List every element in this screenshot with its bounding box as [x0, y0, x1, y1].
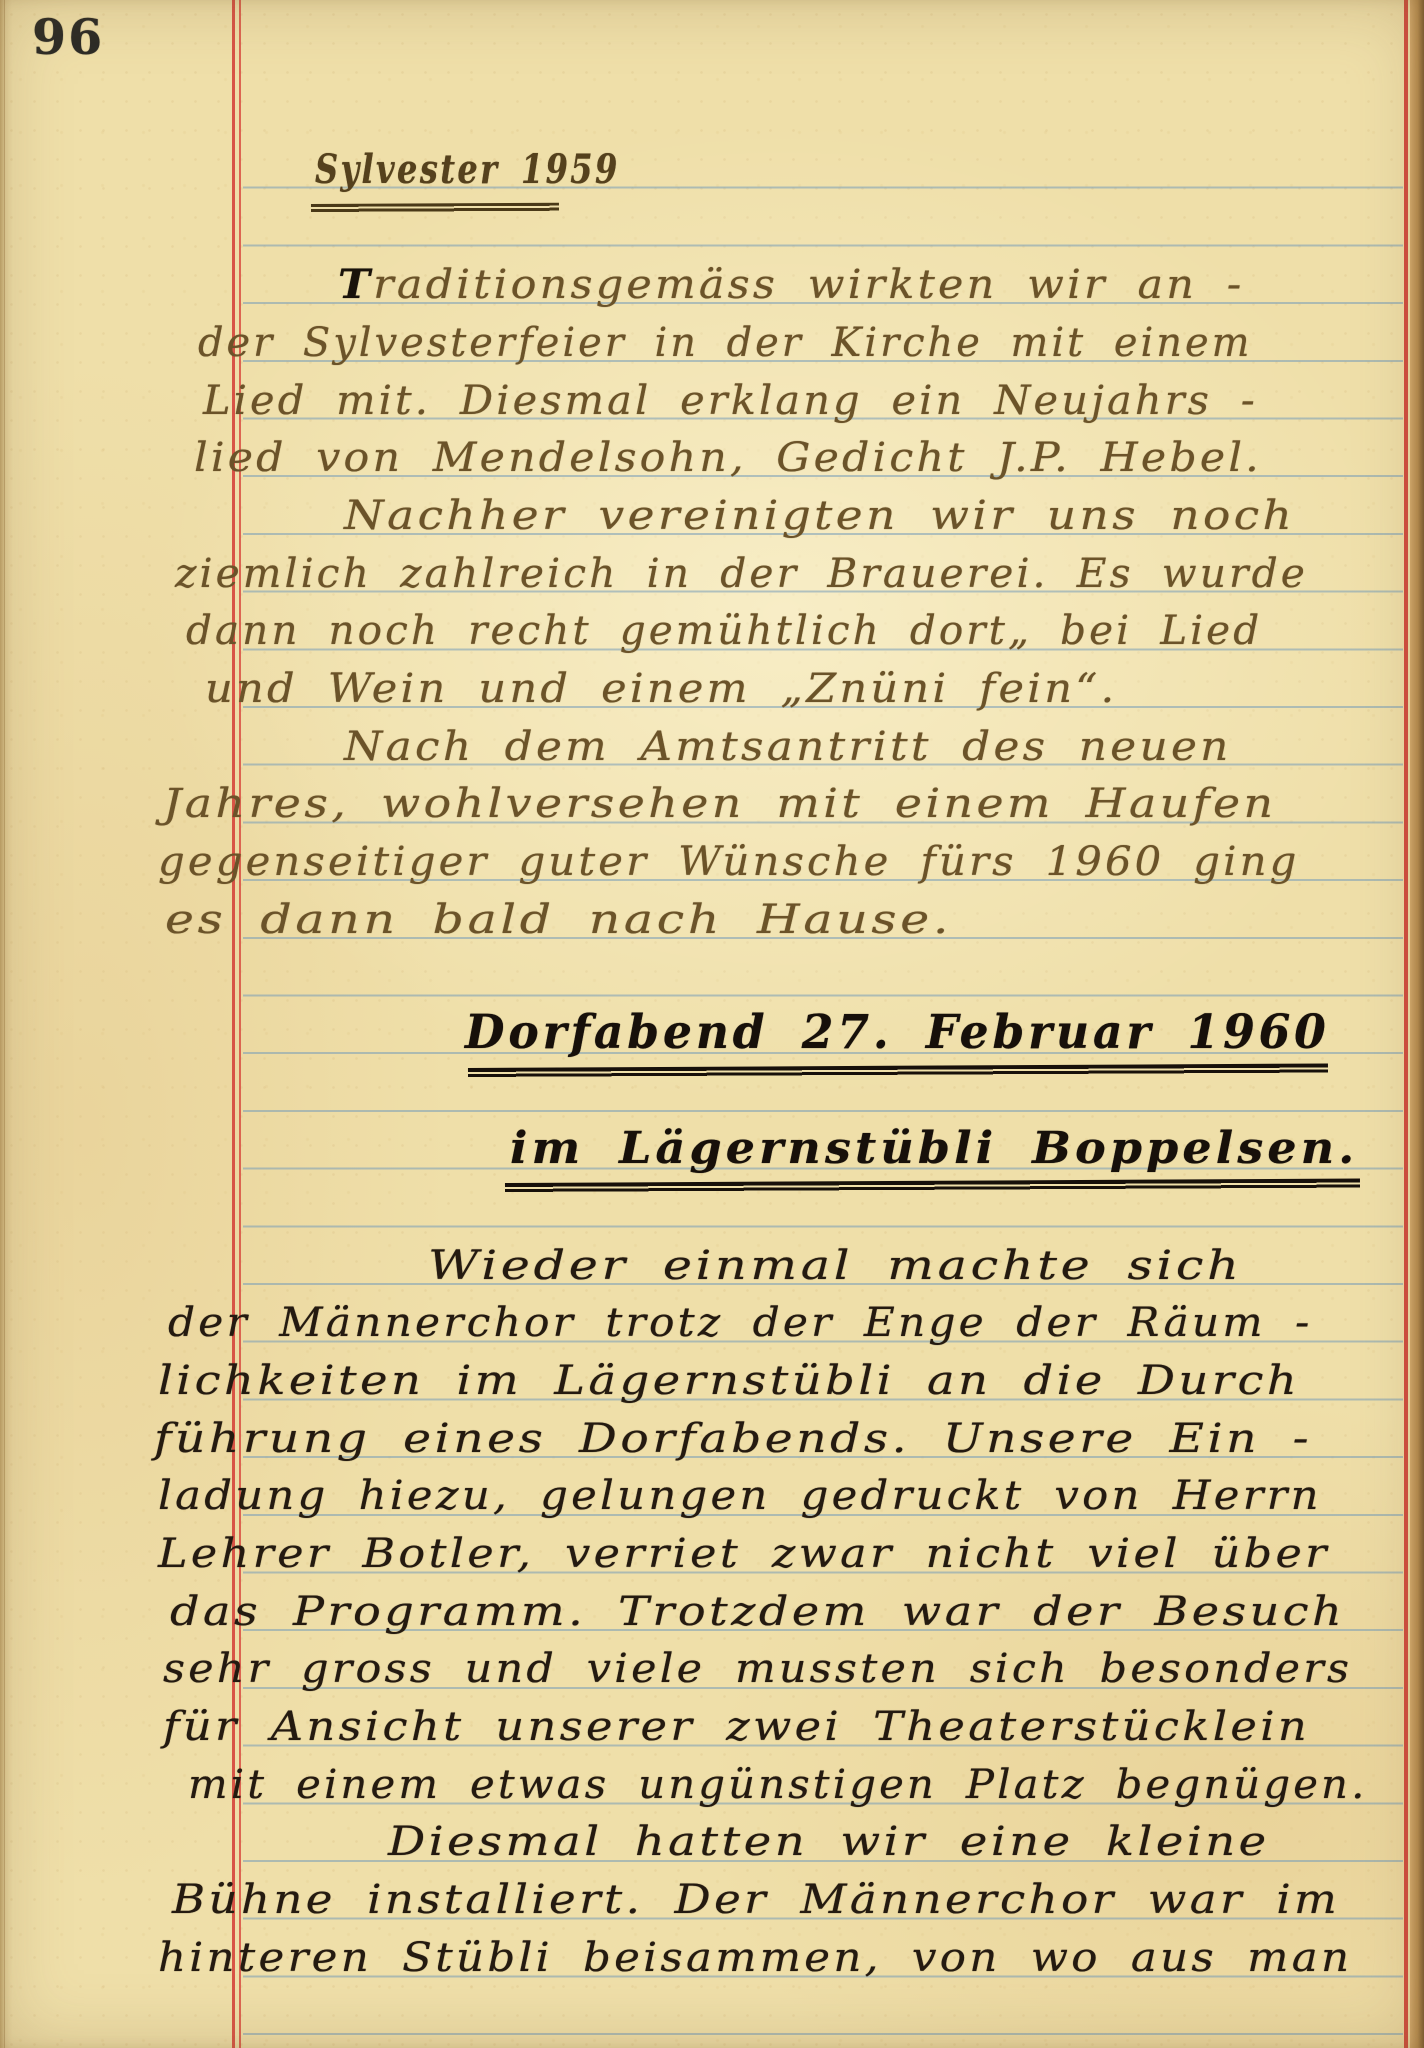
- heading-underline: [311, 203, 559, 214]
- handwritten-line: dann noch recht gemühtlich dort„ bei Lie…: [186, 611, 1262, 651]
- handwritten-line: mit einem etwas ungünstigen Platz begnüg…: [188, 1765, 1367, 1805]
- handwritten-line: Nach dem Amtsantritt des neuen: [344, 727, 1232, 767]
- handwritten-line: und Wein und einem „Znüni fein“.: [205, 669, 1117, 709]
- handwritten-line: Diesmal hatten wir eine kleine: [388, 1822, 1270, 1862]
- handwritten-line: das Programm. Trotzdem war der Besuch: [170, 1592, 1345, 1632]
- handwritten-line: Lied mit. Diesmal erklang ein Neujahrs -: [203, 381, 1258, 421]
- handwritten-line: für Ansicht unserer zwei Theaterstücklei…: [163, 1707, 1310, 1747]
- margin-rule-right: [1404, 0, 1408, 2048]
- handwritten-line: es dann bald nach Hause.: [165, 900, 952, 940]
- page-edge-right: [1410, 0, 1424, 2048]
- handwritten-line: Bühne installiert. Der Männerchor war im: [172, 1880, 1340, 1920]
- handwritten-line: Traditionsgemäss wirkten wir an -: [338, 265, 1244, 305]
- page-number: 96: [32, 8, 104, 66]
- entry-heading: Sylvester 1959: [315, 150, 620, 190]
- handwritten-line: der Männerchor trotz der Enge der Räum -: [168, 1303, 1312, 1343]
- handwritten-line: hinteren Stübli beisammen, von wo aus ma…: [158, 1938, 1352, 1978]
- handwritten-line: der Sylvesterfeier in der Kirche mit ein…: [198, 323, 1252, 363]
- handwritten-line: Wieder einmal machte sich: [428, 1246, 1242, 1286]
- journal-page: 96 Sylvester 1959Traditionsgemäss wirkte…: [0, 0, 1424, 2048]
- handwritten-line: lied von Mendelsohn, Gedicht J.P. Hebel.: [194, 438, 1262, 478]
- entry-heading: Dorfabend 27. Februar 1960: [465, 1009, 1330, 1056]
- handwritten-line: ziemlich zahlreich in der Brauerei. Es w…: [175, 554, 1308, 594]
- handwritten-line: Jahres, wohlversehen mit einem Haufen: [163, 784, 1276, 824]
- page-edge-left: [0, 0, 12, 2048]
- handwritten-line: sehr gross und viele mussten sich besond…: [163, 1649, 1352, 1689]
- handwritten-line: gegenseitiger guter Wünsche fürs 1960 gi…: [158, 842, 1300, 882]
- handwritten-line: ladung hiezu, gelungen gedruckt von Herr…: [158, 1476, 1322, 1516]
- handwritten-line: Lehrer Botler, verriet zwar nicht viel ü…: [158, 1534, 1330, 1574]
- handwritten-line: lichkeiten im Lägernstübli an die Durch: [158, 1361, 1300, 1401]
- handwritten-line: Nachher vereinigten wir uns noch: [344, 496, 1295, 536]
- handwritten-line: führung eines Dorfabends. Unsere Ein -: [154, 1419, 1312, 1459]
- entry-heading: im Lägernstübli Boppelsen.: [510, 1127, 1358, 1171]
